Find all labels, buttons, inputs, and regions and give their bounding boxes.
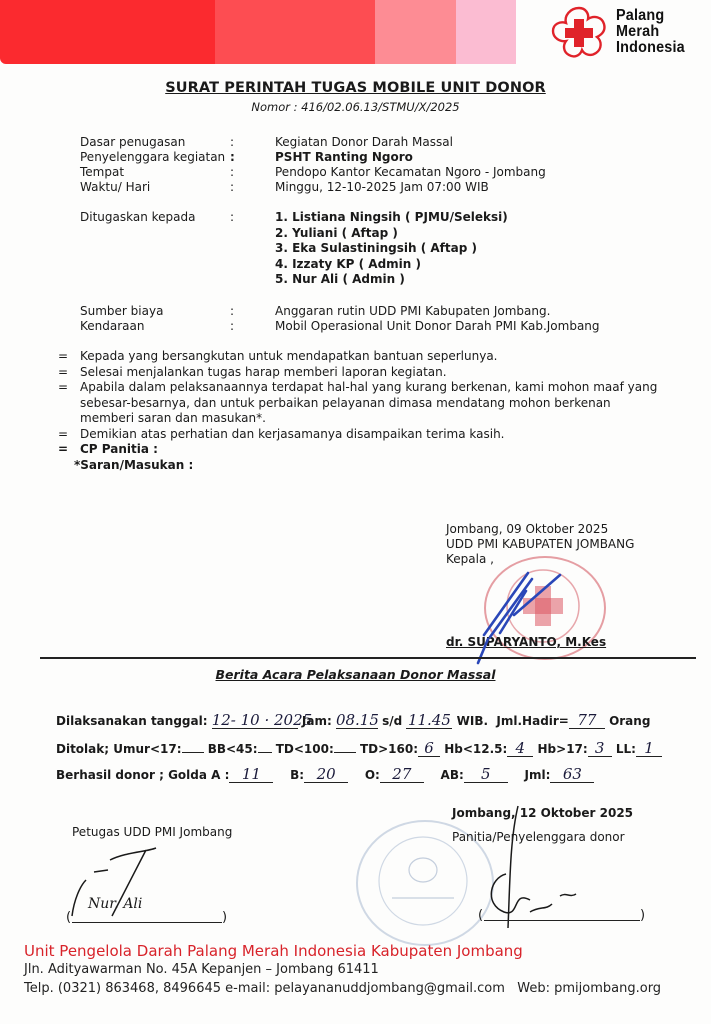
- tanggal-value: 12- 10 · 2025: [212, 712, 298, 729]
- document-number: Nomor : 416/02.06.13/STMU/X/2025: [0, 100, 711, 114]
- petugas-paren-open: (: [66, 910, 71, 925]
- cp-panitia-label: CP Panitia :: [80, 442, 158, 456]
- instruction-item: =Kepada yang bersangkutan untuk mendapat…: [58, 349, 658, 365]
- footer-email-label: e-mail:: [225, 981, 270, 996]
- field-label: Dasar penugasan: [80, 135, 185, 150]
- petugas-paren-close: ): [222, 910, 227, 925]
- footer-address: Jln. Adityawarman No. 45A Kepanjen – Jom…: [24, 962, 379, 977]
- bullet-mark: =: [58, 427, 68, 443]
- reject-value: 4: [507, 740, 533, 757]
- field-label: Ditugaskan kepada: [80, 210, 195, 225]
- document-title: SURAT PERINTAH TUGAS MOBILE UNIT DONOR: [0, 80, 711, 96]
- reject-value: 6: [418, 740, 440, 757]
- hadir-label: Jml.Hadir=: [496, 714, 568, 728]
- reject-value: [182, 752, 204, 753]
- jam-end-value: 11.45: [406, 712, 452, 729]
- footer-contact: Telp. (0321) 863468, 8496645 e-mail: pel…: [24, 981, 661, 996]
- orang-label: Orang: [609, 714, 650, 728]
- reject-value: 1: [636, 740, 662, 757]
- golda-label: A :: [211, 768, 229, 782]
- assigned-person: 3. Eka Sulastiningsih ( Aftap ): [275, 241, 508, 257]
- logo-line: Palang: [616, 8, 685, 24]
- bullet-mark: =: [58, 442, 68, 458]
- field-value: Kegiatan Donor Darah Massal: [275, 135, 453, 150]
- reject-label: Hb<12.5:: [444, 742, 507, 756]
- field-label: Penyelenggara kegiatan: [80, 150, 225, 165]
- field-label: Kendaraan: [80, 319, 144, 334]
- signature-org: UDD PMI KABUPATEN JOMBANG: [446, 537, 634, 552]
- berita-acara-title: Berita Acara Pelaksanaan Donor Massal: [0, 667, 711, 682]
- instructions-list: =Kepada yang bersangkutan untuk mendapat…: [58, 349, 658, 473]
- field-value: Minggu, 12-10-2025 Jam 07:00 WIB: [275, 180, 489, 195]
- logo-line: Merah: [616, 24, 685, 40]
- field-colon: :: [230, 180, 234, 195]
- field-colon: :: [230, 304, 234, 319]
- red-cross-flower-icon: [548, 4, 610, 60]
- reject-label: Hb>17:: [538, 742, 588, 756]
- field-label: Sumber biaya: [80, 304, 163, 319]
- golda-label: B:: [290, 768, 304, 782]
- panitia-paren-open: (: [478, 908, 483, 923]
- golda-value: 20: [304, 766, 348, 783]
- field-label: Tempat: [80, 165, 124, 180]
- reject-label: TD>160:: [360, 742, 418, 756]
- ditolak-label: Ditolak;: [56, 742, 109, 756]
- assigned-person: 5. Nur Ali ( Admin ): [275, 272, 508, 288]
- wib-label: WIB.: [457, 714, 488, 728]
- field-value: PSHT Ranting Ngoro: [275, 150, 413, 165]
- field-value: Anggaran rutin UDD PMI Kabupaten Jombang…: [275, 304, 550, 319]
- instruction-item: =Apabila dalam pelaksanaannya terdapat h…: [58, 380, 658, 427]
- field-colon: :: [230, 165, 234, 180]
- field-colon: :: [230, 210, 234, 225]
- rejected-line: Ditolak; Umur<17: BB<45: TD<100: TD>160:…: [56, 740, 662, 757]
- instruction-text: Selesai menjalankan tugas harap memberi …: [80, 365, 447, 379]
- success-line: Berhasil donor ; Golda A :11 B:20 O:27 A…: [56, 766, 594, 783]
- field-colon: :: [230, 135, 234, 150]
- header-bar-segment: [215, 0, 375, 64]
- footer-org: Unit Pengelola Darah Palang Merah Indone…: [24, 942, 523, 960]
- petugas-sign-line: [72, 922, 222, 923]
- field-colon: :: [230, 150, 235, 165]
- pmi-logo: Palang Merah Indonesia: [548, 4, 708, 62]
- reject-value: [258, 752, 272, 753]
- golda-label: Jml:: [525, 768, 551, 782]
- head-signature-icon: [470, 555, 590, 665]
- golda-value: 11: [229, 766, 273, 783]
- section-divider: [40, 657, 696, 659]
- bullet-mark: =: [58, 349, 68, 365]
- signature-date: Jombang, 09 Oktober 2025: [446, 522, 634, 537]
- instruction-text: Kepada yang bersangkutan untuk mendapatk…: [80, 349, 498, 363]
- golda-value: 5: [464, 766, 508, 783]
- field-label: Waktu/ Hari: [80, 180, 150, 195]
- jam-start-value: 08.15: [336, 712, 378, 729]
- footer-web-label: Web:: [517, 981, 550, 996]
- golda-value: 63: [550, 766, 594, 783]
- panitia-paren-close: ): [640, 908, 645, 923]
- instruction-text: Apabila dalam pelaksanaannya terdapat ha…: [80, 380, 657, 425]
- berhasil-label: Berhasil donor ; Golda: [56, 768, 207, 782]
- footer-email[interactable]: pelayananuddjombang@gmail.com: [274, 981, 505, 996]
- bullet-mark: =: [58, 365, 68, 381]
- footer-phone: Telp. (0321) 863468, 8496645: [24, 981, 221, 996]
- jam-label: Jam:: [302, 714, 332, 728]
- hadir-value: 77: [569, 712, 605, 729]
- saran-label: *Saran/Masukan :: [58, 458, 658, 474]
- field-colon: :: [230, 319, 234, 334]
- instruction-item: =Selesai menjalankan tugas harap memberi…: [58, 365, 658, 381]
- golda-label: AB:: [441, 768, 464, 782]
- assigned-person: 4. Izzaty KP ( Admin ): [275, 257, 508, 273]
- assigned-person: 2. Yuliani ( Aftap ): [275, 226, 508, 242]
- reject-label: BB<45:: [208, 742, 258, 756]
- panitia-signature-icon: [470, 800, 610, 930]
- instruction-text: Demikian atas perhatian dan kerjasamanya…: [80, 427, 505, 441]
- field-value: Mobil Operasional Unit Donor Darah PMI K…: [275, 319, 600, 334]
- logo-text: Palang Merah Indonesia: [616, 8, 685, 56]
- berita-acara-title-text: Berita Acara Pelaksanaan Donor Massal: [216, 667, 496, 682]
- header-bar-segment: [456, 0, 516, 64]
- bullet-mark: =: [58, 380, 68, 396]
- reject-label: LL:: [616, 742, 636, 756]
- reject-label: TD<100:: [276, 742, 334, 756]
- logo-line: Indonesia: [616, 40, 685, 56]
- cp-panitia: =CP Panitia :: [58, 442, 658, 458]
- reject-label: Umur<17:: [113, 742, 181, 756]
- golda-label: O:: [365, 768, 380, 782]
- field-value: Pendopo Kantor Kecamatan Ngoro - Jombang: [275, 165, 546, 180]
- reject-value: [334, 752, 356, 753]
- sd-label: s/d: [382, 714, 402, 728]
- golda-value: 27: [380, 766, 424, 783]
- panitia-sign-line: [484, 920, 640, 921]
- assigned-person: 1. Listiana Ningsih ( PJMU/Seleksi): [275, 210, 508, 226]
- assigned-list: 1. Listiana Ningsih ( PJMU/Seleksi) 2. Y…: [275, 210, 508, 288]
- header-bar-segment: [375, 0, 456, 64]
- execution-line: Dilaksanakan tanggal: 12- 10 · 2025 Jam:…: [56, 712, 650, 729]
- header-bar-segment: [0, 0, 215, 64]
- reject-value: 3: [588, 740, 612, 757]
- petugas-handwritten-name: Nur. Ali: [88, 896, 142, 912]
- instruction-item: =Demikian atas perhatian dan kerjasamany…: [58, 427, 658, 443]
- footer-web[interactable]: pmijombang.org: [554, 981, 661, 996]
- tanggal-label: Dilaksanakan tanggal:: [56, 714, 208, 728]
